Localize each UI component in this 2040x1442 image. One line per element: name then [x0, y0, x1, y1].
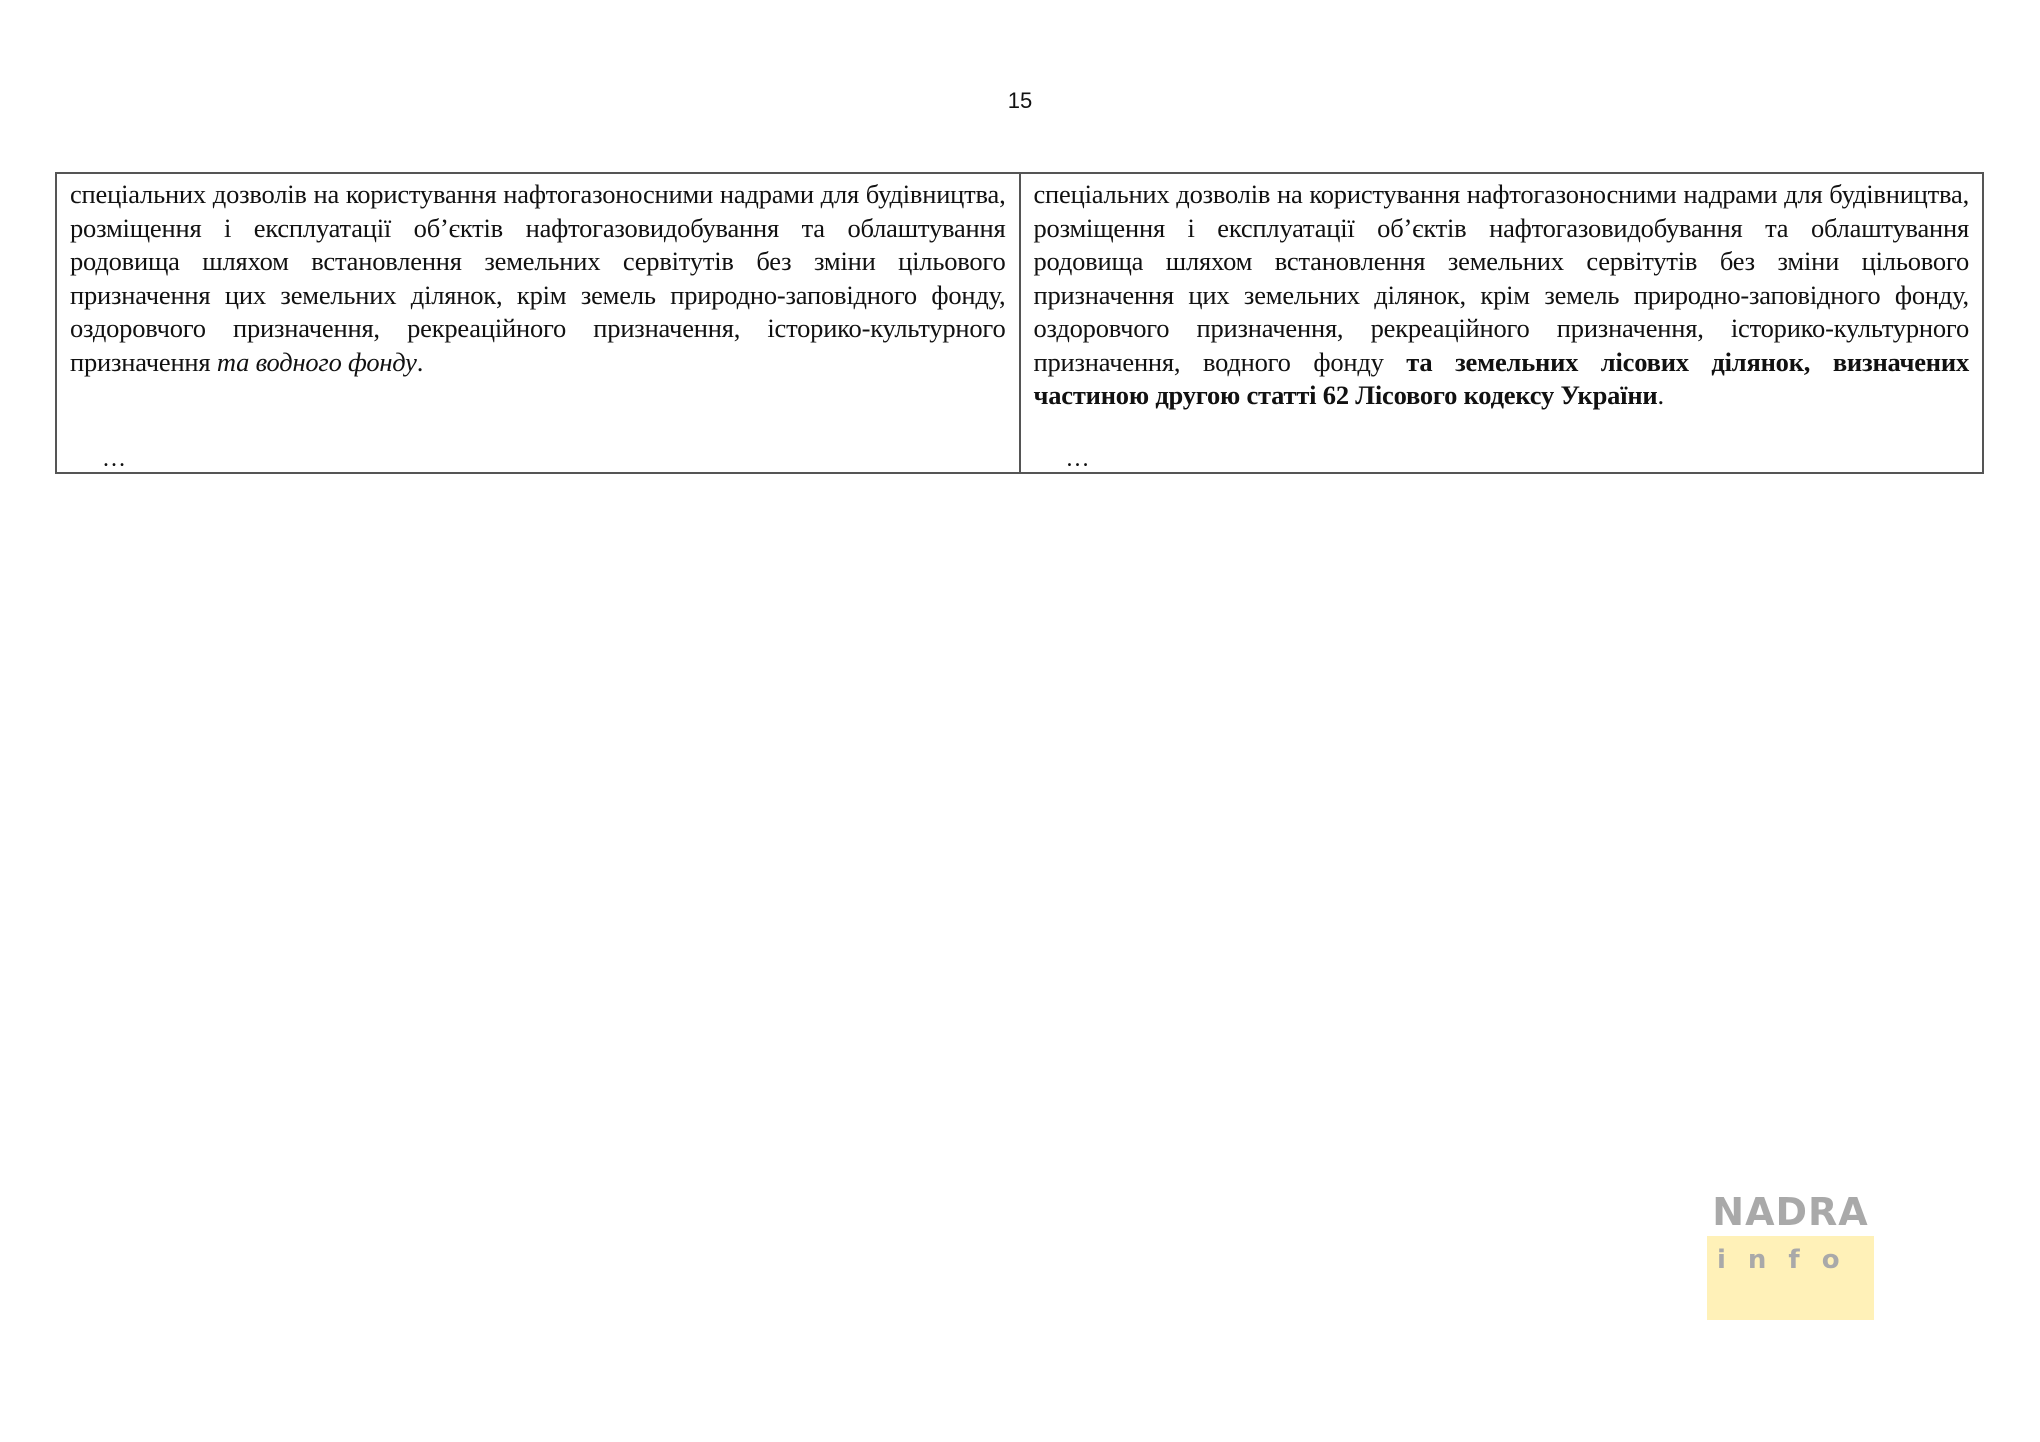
- nadra-info-watermark-logo: NADRA info: [1707, 1192, 1874, 1320]
- ellipsis: …: [1066, 446, 1090, 472]
- logo-title: NADRA: [1707, 1192, 1874, 1232]
- current-wording-end: .: [417, 347, 423, 377]
- proposed-wording-end: .: [1657, 380, 1663, 410]
- logo-subtitle: info: [1707, 1236, 1874, 1276]
- comparison-table: спеціальних дозволів на користування наф…: [55, 172, 1984, 474]
- proposed-wording-cell: спеціальних дозволів на користування наф…: [1020, 173, 1984, 473]
- proposed-wording-text: спеціальних дозволів на користування наф…: [1034, 178, 1970, 413]
- current-wording-cell: спеціальних дозволів на користування наф…: [56, 173, 1020, 473]
- current-wording-plain: спеціальних дозволів на користування наф…: [70, 179, 1006, 377]
- page-number: 15: [0, 88, 2040, 114]
- current-wording-italic: та водного фонду: [217, 347, 417, 377]
- logo-yellow-box: info: [1707, 1236, 1874, 1320]
- table-row: спеціальних дозволів на користування наф…: [56, 173, 1983, 473]
- current-wording-text: спеціальних дозволів на користування наф…: [70, 178, 1006, 379]
- ellipsis: …: [102, 446, 126, 472]
